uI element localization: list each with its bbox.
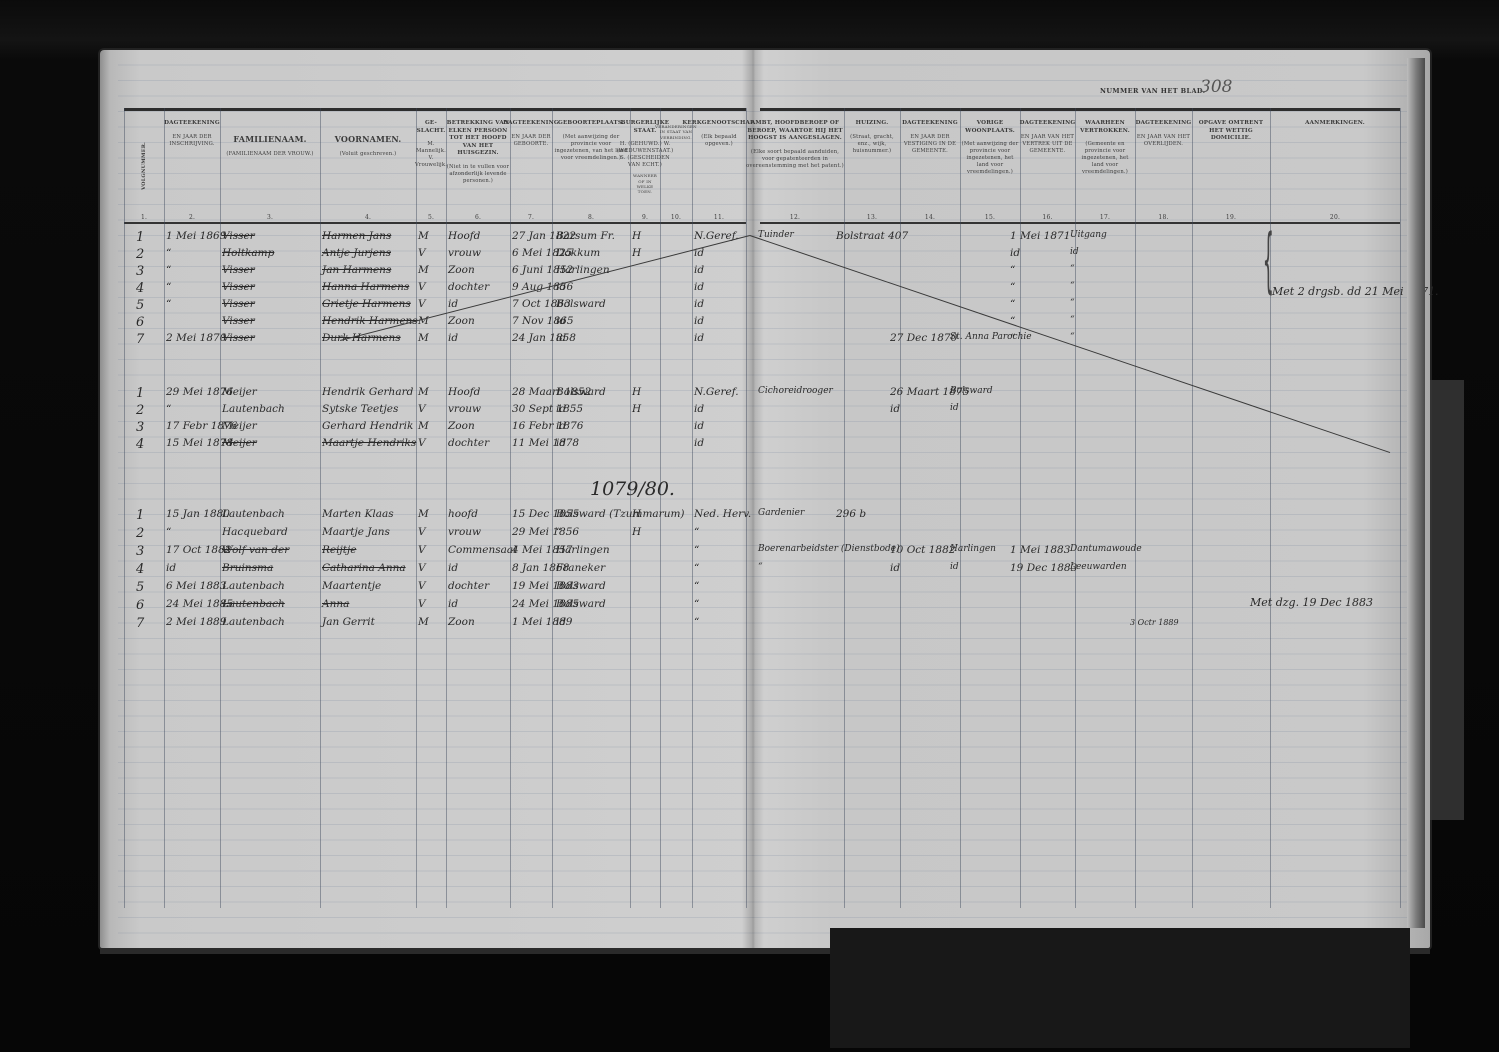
- entry-birth: 11 Mei 1878: [512, 437, 579, 449]
- entry-n: 4: [136, 562, 144, 577]
- entry-church: id: [694, 332, 704, 344]
- entry-given: Hendrik Gerhard: [322, 386, 413, 398]
- entry-given: Grietje Harmens: [322, 298, 411, 310]
- entry-relation: hoofd: [448, 508, 478, 520]
- entry-moved_to: Leeuwarden: [1070, 562, 1127, 572]
- entry-church: “: [694, 544, 699, 556]
- entry-church: id: [694, 264, 704, 276]
- column-number: 19.: [1192, 214, 1270, 222]
- entry-church: Ned. Herv.: [694, 508, 751, 520]
- entry-settled: 10 Oct 1882: [890, 544, 955, 556]
- entry-birth: 29 Mei 1856: [512, 526, 579, 538]
- entry-place: Bolsward (Tzummarum): [556, 508, 685, 520]
- column-header-11: KERKGENOOTSCHAP.(Elk bepaald opgeven.)11…: [692, 112, 746, 220]
- entry-given: Antje Jurjens: [322, 247, 391, 259]
- entry-place: “: [556, 526, 561, 538]
- column-subtitle: EN JAAR DER GEBOORTE.: [510, 134, 552, 148]
- entry-place: Dokkum: [556, 247, 600, 259]
- entry-given: Jan Harmens: [322, 264, 391, 276]
- column-number: 8.: [552, 214, 630, 222]
- entry-given: Anna: [322, 598, 349, 610]
- entry-relation: Zoon: [448, 315, 475, 327]
- entry-surname: Lautenbach: [222, 403, 285, 415]
- entry-place: Bolsward: [556, 580, 606, 592]
- entry-birth: 30 Sept 1855: [512, 403, 583, 415]
- register-book: NUMMER VAN HET BLAD. 308 VOLGNUMMER.1.DA…: [100, 50, 1430, 948]
- column-divider: [1400, 108, 1401, 908]
- column-divider: [1135, 108, 1136, 908]
- entry-reg: id: [166, 562, 176, 574]
- entry-place: id: [556, 420, 566, 432]
- column-divider: [124, 108, 125, 908]
- column-header-16: DAGTEEKENINGEN JAAR VAN HET VERTREK UIT …: [1020, 112, 1075, 220]
- entry-church: “: [694, 616, 699, 628]
- column-header-4: VOORNAMEN.(Voluit geschreven.)4.: [320, 112, 416, 220]
- column-divider: [416, 108, 417, 908]
- entry-occupation: Boerenarbeidster (Dienstbode): [758, 544, 900, 554]
- entry-given: Harmen Jans: [322, 230, 391, 242]
- column-subtitle: M. Mannelijk. V. Vrouwelijk.: [415, 141, 447, 169]
- entry-moved_date: “: [1010, 281, 1015, 293]
- entry-surname: Lautenbach: [222, 580, 285, 592]
- entry-civil: H: [632, 403, 641, 415]
- brace-mark: }: [1263, 225, 1274, 295]
- entry-relation: Commensaal: [448, 544, 517, 556]
- entry-n: 3: [136, 544, 144, 559]
- column-title: AANMERKINGEN.: [1305, 120, 1365, 128]
- entry-n: 2: [136, 403, 144, 418]
- entry-given: Hanna Harmens: [322, 281, 409, 293]
- entry-given: Marten Klaas: [322, 508, 394, 520]
- column-title: HUIZING.: [856, 120, 889, 128]
- column-number: 14.: [900, 214, 960, 222]
- column-number: 3.: [220, 214, 320, 222]
- entry-surname: Wolf van der: [222, 544, 289, 556]
- entry-place: id: [556, 616, 566, 628]
- column-subtitle: (FAMILIENAAM DER VROUW.): [226, 151, 313, 158]
- column-note: WANNEER OF IN WELKE TOEN.: [630, 173, 660, 195]
- entry-sex: V: [418, 580, 426, 592]
- entry-sex: V: [418, 437, 426, 449]
- entry-sex: V: [418, 598, 426, 610]
- scan-shadow: [830, 928, 1410, 1048]
- entry-place: id: [556, 315, 566, 327]
- entry-relation: Zoon: [448, 420, 475, 432]
- entry-civil: H: [632, 230, 641, 242]
- entry-sex: M: [418, 332, 429, 344]
- entry-given: Maartje Hendriks: [322, 437, 416, 449]
- entry-civil: H: [632, 386, 641, 398]
- column-number: 6.: [446, 214, 510, 222]
- column-title: DAGTEEKENING: [164, 120, 220, 128]
- entry-moved_date: “: [1010, 298, 1015, 310]
- entry-sex: V: [418, 247, 426, 259]
- header-top-rule-right: [760, 108, 1400, 111]
- column-header-17: WAARHEEN VERTROKKEN.(Gemeente en provinc…: [1075, 112, 1135, 220]
- entry-church: id: [694, 403, 704, 415]
- column-title: GEBOORTEPLAATS.: [558, 120, 624, 128]
- entry-civil: H: [632, 247, 641, 259]
- entry-surname: Visser: [222, 298, 255, 310]
- entry-n: 2: [136, 526, 144, 541]
- column-divider: [960, 108, 961, 908]
- entry-church: “: [694, 526, 699, 538]
- column-number: 4.: [320, 214, 416, 222]
- column-header-12: AMBT, HOOFDBEROEP OF BEROEP, WAARTOE HIJ…: [746, 112, 844, 220]
- column-title: VORIGE WOONPLAATS.: [960, 120, 1020, 135]
- column-header-6: BETREKKING VAN ELKEN PERSOON TOT HET HOO…: [446, 112, 510, 220]
- entry-sex: V: [418, 562, 426, 574]
- column-divider: [510, 108, 511, 908]
- entry-moved_date: “: [1010, 264, 1015, 276]
- entry-reg: 1 Mei 1869: [166, 230, 226, 242]
- entry-sex: M: [418, 420, 429, 432]
- entry-sex: V: [418, 281, 426, 293]
- entry-church: id: [694, 420, 704, 432]
- page-edge: [1407, 58, 1425, 928]
- entry-sex: V: [418, 544, 426, 556]
- column-header-18: DAGTEEKENINGEN JAAR VAN HET OVERLIJDEN.1…: [1135, 112, 1192, 220]
- column-number: 9.: [630, 214, 660, 222]
- entry-given: Maartje Jans: [322, 526, 390, 538]
- column-title: BETREKKING VAN ELKEN PERSOON TOT HET HOO…: [446, 120, 510, 158]
- column-subtitle: (Met aanwijzing der provincie voor ingez…: [960, 141, 1020, 176]
- entry-prev: Bolsward: [950, 386, 993, 396]
- column-subtitle: (Elke soort bepaald aanduiden, voor gepa…: [746, 149, 844, 170]
- entry-occupation: “: [758, 562, 763, 572]
- entry-relation: dochter: [448, 580, 489, 592]
- remark: Met dzg. 19 Dec 1883: [1250, 596, 1373, 609]
- entry-reg: 6 Mei 1883: [166, 580, 226, 592]
- column-title: WAARHEEN VERTROKKEN.: [1075, 120, 1135, 135]
- entry-relation: id: [448, 562, 458, 574]
- entry-n: 2: [136, 247, 144, 262]
- entry-surname: Lautenbach: [222, 598, 285, 610]
- entry-surname: Visser: [222, 281, 255, 293]
- entry-house: Bolstraat 407: [836, 230, 908, 242]
- entry-given: Maartentje: [322, 580, 381, 592]
- entry-civil: H: [632, 526, 641, 538]
- column-number: 13.: [844, 214, 900, 222]
- column-number: 12.: [746, 214, 844, 222]
- entry-occupation: Cichoreidrooger: [758, 386, 833, 396]
- entry-surname: Lautenbach: [222, 616, 285, 628]
- entry-n: 6: [136, 315, 144, 330]
- entry-moved_to: “: [1070, 281, 1075, 291]
- entry-church: N.Geref.: [694, 386, 739, 398]
- entry-moved_date: 1 Mei 1871: [1010, 230, 1070, 242]
- entry-birth: 16 Febr 1876: [512, 420, 583, 432]
- entry-place: Bolsward: [556, 386, 606, 398]
- entry-given: Jan Gerrit: [322, 616, 375, 628]
- column-header-19: OPGAVE OMTRENT HET WETTIG DOMICILIE.19.: [1192, 112, 1270, 220]
- entry-n: 1: [136, 508, 144, 523]
- entry-relation: id: [448, 298, 458, 310]
- entry-place: id: [556, 403, 566, 415]
- entry-moved_to: “: [1070, 298, 1075, 308]
- sheet-number: 308: [1200, 77, 1232, 97]
- entry-place: id: [556, 332, 566, 344]
- entry-given: Catharina Anna: [322, 562, 406, 574]
- entry-reg: “: [166, 298, 171, 310]
- column-title: DAGTEEKENING: [902, 120, 958, 128]
- column-subtitle: EN JAAR VAN HET OVERLIJDEN.: [1135, 134, 1192, 148]
- entry-relation: Zoon: [448, 616, 475, 628]
- column-subtitle: (Voluit geschreven.): [340, 151, 397, 158]
- column-subtitle: EN JAAR VAN HET VERTREK UIT DE GEMEENTE.: [1020, 134, 1075, 155]
- column-title: GE-SLACHT.: [416, 120, 446, 135]
- entry-prev: id: [950, 403, 959, 413]
- entry-prev: id: [950, 562, 959, 572]
- column-subtitle: EN JAAR DER INSCHRIJVING.: [164, 134, 220, 148]
- entry-moved_date: 1 Mei 1883: [1010, 544, 1070, 556]
- entry-reg: “: [166, 264, 171, 276]
- entry-moved_to: Dantumawoude: [1070, 544, 1142, 554]
- entry-n: 6: [136, 598, 144, 613]
- entry-relation: dochter: [448, 437, 489, 449]
- column-divider: [1192, 108, 1193, 908]
- entry-reg: “: [166, 281, 171, 293]
- column-header-5: GE-SLACHT.M. Mannelijk. V. Vrouwelijk.5.: [416, 112, 446, 220]
- column-number: 5.: [416, 214, 446, 222]
- entry-occupation: Tuinder: [758, 230, 794, 240]
- column-header-14: DAGTEEKENINGEN JAAR DER VESTIGING IN DE …: [900, 112, 960, 220]
- header-top-rule-left: [124, 108, 746, 111]
- entry-relation: vrouw: [448, 403, 481, 415]
- entry-surname: Visser: [222, 230, 255, 242]
- entry-sex: V: [418, 403, 426, 415]
- column-header-1: VOLGNUMMER.1.: [124, 112, 164, 220]
- entry-moved_date: “: [1010, 332, 1015, 344]
- entry-given: Gerhard Hendrik: [322, 420, 413, 432]
- entry-place: Bolsward: [556, 598, 606, 610]
- header-bottom-rule-right: [760, 222, 1400, 224]
- entry-sex: M: [418, 508, 429, 520]
- entry-settled: 27 Dec 1870: [890, 332, 957, 344]
- entry-reg: “: [166, 403, 171, 415]
- entry-place: Franeker: [556, 562, 605, 574]
- entry-moved_date: 19 Dec 1883: [1010, 562, 1077, 574]
- entry-occupation: Gardenier: [758, 508, 804, 518]
- entry-relation: vrouw: [448, 247, 481, 259]
- column-number: 15.: [960, 214, 1020, 222]
- entry-house: 296 b: [836, 508, 866, 520]
- entry-sex: V: [418, 298, 426, 310]
- column-subtitle: (Niet in te vullen voor afzonderlijk lev…: [446, 164, 510, 185]
- entry-n: 7: [136, 332, 144, 347]
- entry-n: 1: [136, 386, 144, 401]
- entry-settled: id: [890, 403, 900, 415]
- column-divider: [692, 108, 693, 908]
- entry-surname: Meijer: [222, 386, 257, 398]
- entry-moved_to: “: [1070, 264, 1075, 274]
- entry-prev: St. Anna Parochie: [950, 332, 1032, 342]
- column-divider: [900, 108, 901, 908]
- column-number: 7.: [510, 214, 552, 222]
- book-spine-edge: [1430, 380, 1464, 820]
- entry-place: Harlingen: [556, 544, 610, 556]
- entry-surname: Visser: [222, 264, 255, 276]
- entry-moved_to: id: [1070, 247, 1079, 257]
- column-header-2: DAGTEEKENINGEN JAAR DER INSCHRIJVING.2.: [164, 112, 220, 220]
- column-number: 10.: [660, 214, 692, 222]
- entry-relation: id: [448, 598, 458, 610]
- entry-surname: Holtkamp: [222, 247, 274, 259]
- entry-given: Reijtje: [322, 544, 356, 556]
- column-title: DAGTEEKENING: [503, 120, 559, 128]
- column-subtitle: (Straat, gracht, enz., wijk, huisnummer.…: [844, 134, 900, 155]
- header-bottom-rule-left: [124, 222, 746, 224]
- column-header-20: AANMERKINGEN.20.: [1270, 112, 1400, 220]
- entry-civil: H: [632, 508, 641, 520]
- column-title: DAGTEEKENING: [1136, 120, 1192, 128]
- entry-n: 3: [136, 420, 144, 435]
- entry-surname: Lautenbach: [222, 508, 285, 520]
- entry-surname: Visser: [222, 332, 255, 344]
- column-number: 18.: [1135, 214, 1192, 222]
- entry-reg: 2 Mei 1870: [166, 332, 226, 344]
- entry-surname: Meijer: [222, 420, 257, 432]
- entry-n: 7: [136, 616, 144, 631]
- column-header-10: VERANDERINGEN IN STAAT VAN VERBINDING.10…: [660, 112, 692, 220]
- column-title: VOORNAMEN.: [335, 134, 402, 145]
- column-divider: [320, 108, 321, 908]
- entry-church: “: [694, 562, 699, 574]
- entry-n: 1: [136, 230, 144, 245]
- entry-settled: id: [890, 562, 900, 574]
- column-divider: [164, 108, 165, 908]
- entry-n: 5: [136, 298, 144, 313]
- entry-relation: vrouw: [448, 526, 481, 538]
- entry-sex: V: [418, 526, 426, 538]
- entry-reg: 2 Mei 1889: [166, 616, 226, 628]
- entry-relation: Hoofd: [448, 230, 480, 242]
- column-divider: [1020, 108, 1021, 908]
- entry-relation: dochter: [448, 281, 489, 293]
- entry-given: Hendrik Harmens: [322, 315, 418, 327]
- column-divider: [446, 108, 447, 908]
- entry-church: “: [694, 580, 699, 592]
- entry-n: 5: [136, 580, 144, 595]
- entry-church: “: [694, 598, 699, 610]
- entry-moved_to: “: [1070, 315, 1075, 325]
- column-number: 17.: [1075, 214, 1135, 222]
- entry-surname: Hacquebard: [222, 526, 288, 538]
- entry-n: 3: [136, 264, 144, 279]
- entry-n: 4: [136, 437, 144, 452]
- column-subtitle: (Gemeente en provincie voor ingezetenen,…: [1075, 141, 1135, 176]
- column-title: AMBT, HOOFDBEROEP OF BEROEP, WAARTOE HIJ…: [746, 120, 844, 143]
- column-header-13: HUIZING.(Straat, gracht, enz., wijk, hui…: [844, 112, 900, 220]
- column-subtitle: (Elk bepaald opgeven.): [692, 134, 746, 148]
- entry-place: id: [556, 437, 566, 449]
- column-header-3: FAMILIENAAM.(FAMILIENAAM DER VROUW.)3.: [220, 112, 320, 220]
- entry-moved_to: “: [1070, 332, 1075, 342]
- entry-birth: 24 Jan 1858: [512, 332, 576, 344]
- entry-relation: id: [448, 332, 458, 344]
- entry-church: id: [694, 281, 704, 293]
- column-subtitle: EN JAAR DER VESTIGING IN DE GEMEENTE.: [900, 134, 960, 155]
- entry-reg: 15 Jan 1880: [166, 508, 230, 520]
- entry-moved_date: id: [1010, 247, 1020, 259]
- column-number: 1.: [124, 214, 164, 222]
- entry-sex: M: [418, 264, 429, 276]
- entry-church: id: [694, 315, 704, 327]
- entry-prev: Harlingen: [950, 544, 996, 554]
- column-divider: [1075, 108, 1076, 908]
- entry-relation: Zoon: [448, 264, 475, 276]
- entry-reg: “: [166, 247, 171, 259]
- entry-surname: Visser: [222, 315, 255, 327]
- sheet-label: NUMMER VAN HET BLAD.: [1100, 87, 1205, 95]
- column-title: KERKGENOOTSCHAP.: [682, 120, 755, 128]
- column-title: FAMILIENAAM.: [233, 134, 306, 145]
- entry-church: id: [694, 298, 704, 310]
- column-number: 11.: [692, 214, 746, 222]
- entry-reg: “: [166, 526, 171, 538]
- entry-sex: M: [418, 386, 429, 398]
- column-number: 16.: [1020, 214, 1075, 222]
- entry-church: id: [694, 437, 704, 449]
- column-title: VOLGNUMMER.: [141, 142, 148, 190]
- entry-sex: M: [418, 230, 429, 242]
- column-number: 2.: [164, 214, 220, 222]
- entry-surname: Bruinsma: [222, 562, 273, 574]
- column-header-7: DAGTEEKENINGEN JAAR DER GEBOORTE.7.: [510, 112, 552, 220]
- column-header-15: VORIGE WOONPLAATS.(Met aanwijzing der pr…: [960, 112, 1020, 220]
- section-label: 1079/80.: [590, 478, 675, 500]
- column-number: 20.: [1270, 214, 1400, 222]
- entry-sex: M: [418, 616, 429, 628]
- entry-moved_to: Uitgang: [1070, 230, 1107, 240]
- entry-place: Barsum Fr.: [556, 230, 615, 242]
- column-title: DAGTEEKENING: [1020, 120, 1076, 128]
- entry-relation: Hoofd: [448, 386, 480, 398]
- footnote: 3 Octr 1889: [1130, 618, 1179, 627]
- entry-surname: Meijer: [222, 437, 257, 449]
- entry-given: Sytske Teetjes: [322, 403, 398, 415]
- entry-place: Bolsward: [556, 298, 606, 310]
- column-title: OPGAVE OMTRENT HET WETTIG DOMICILIE.: [1192, 120, 1270, 143]
- entry-n: 4: [136, 281, 144, 296]
